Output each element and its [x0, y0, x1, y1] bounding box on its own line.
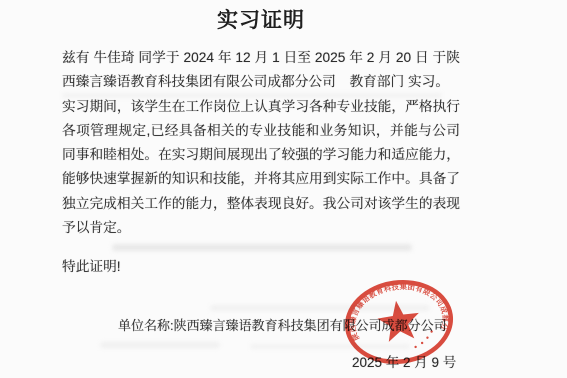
seal-dots [412, 330, 434, 348]
seal-star-icon [375, 298, 422, 343]
certificate-page: 实习证明 兹有 牛佳琦 同学于 2024 年 12 月 1 日至 2025 年 … [0, 0, 567, 378]
scan-smudge [100, 342, 220, 348]
company-seal-stamp: 陕西臻言臻语教育科技集团有限公司成都分公司 [336, 270, 461, 375]
certificate-title: 实习证明 [62, 4, 460, 34]
unit-name-label: 单位名称: [118, 318, 174, 333]
paragraph-performance: 实习期间，该学生在工作岗位上认真学习各种专业技能，严格执行各项管理规定,已经具备… [62, 95, 460, 241]
certificate-body: 兹有 牛佳琦 同学于 2024 年 12 月 1 日至 2025 年 2 月 2… [62, 46, 460, 280]
paragraph-intern-period: 兹有 牛佳琦 同学于 2024 年 12 月 1 日至 2025 年 2 月 2… [62, 46, 460, 95]
